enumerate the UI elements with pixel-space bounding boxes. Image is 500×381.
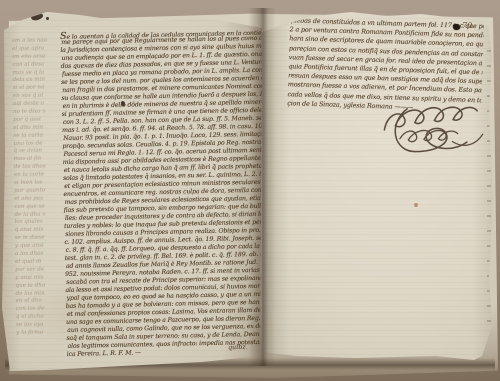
folio-number: 70 (462, 21, 472, 30)
fox-stain (414, 203, 418, 207)
ink-speck-icon (121, 101, 125, 106)
ink-blot-icon (30, 11, 44, 21)
bleedthrough-text-column: sm a les nãoel que ap̃raim eño orsecon a… (12, 37, 63, 337)
left-page-text-block: Se lo quentan a la calidad de las çedula… (60, 27, 268, 359)
signature-flourish-icon (375, 93, 488, 162)
manuscript-photo: sm a les nãoel que ap̃raim eño orsecon a… (0, 0, 500, 381)
bleedthrough-line: y lo firmo (16, 329, 63, 338)
right-page: q̃ quebas de constituidos a vn ultimam p… (256, 6, 496, 368)
catchword: quibz. (228, 343, 248, 352)
ink-speck-icon (46, 17, 49, 20)
left-page: sm a les nãoel que ap̃raim eño orsecon a… (2, 8, 264, 374)
